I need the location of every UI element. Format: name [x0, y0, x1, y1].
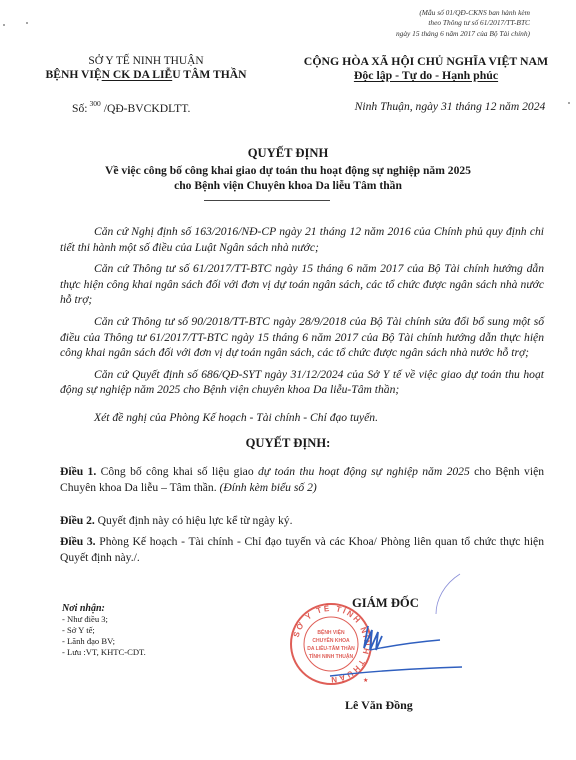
- article-label: Điều 3.: [60, 535, 96, 548]
- recipients-label: Nơi nhận:: [62, 603, 146, 614]
- article-text: Quyết định này có hiệu lực kể từ ngày ký…: [95, 514, 293, 527]
- hospital-name-part: BỆNH VIỆ: [45, 68, 101, 81]
- department-name: SỞ Y TẾ NINH THUẬN: [36, 54, 256, 68]
- scan-speck: [3, 24, 5, 26]
- national-header: CỘNG HÒA XÃ HỘI CHỦ NGHĨA VIỆT NAM Độc l…: [276, 54, 576, 82]
- place-date: Ninh Thuận, ngày 31 tháng 12 năm 2024: [300, 100, 576, 113]
- article-1: Điều 1. Công bố công khai số liệu giao d…: [60, 464, 544, 495]
- recipient-item: - Như điều 3;: [62, 614, 146, 625]
- article-label: Điều 1.: [60, 465, 96, 478]
- document-subject: Về việc công bố công khai giao dự toán t…: [0, 163, 576, 193]
- attachment-note: (Đính kèm biểu số 2): [220, 481, 317, 494]
- recipients: Nơi nhận: - Như điều 3; - Sở Y tế; - Lãn…: [62, 603, 146, 658]
- number-value: 300: [89, 99, 100, 108]
- document-title: QUYẾT ĐỊNH: [0, 146, 576, 161]
- decision-heading: QUYẾT ĐỊNH:: [0, 436, 576, 451]
- motto: Độc lập - Tự do - Hạnh phúc: [276, 68, 576, 82]
- hospital-name-part: U TÂM THẦN: [172, 68, 246, 81]
- signer-position: GIÁM ĐỐC: [352, 596, 419, 611]
- motto-text: Độc lập - Tự do - Hạnh phúc: [354, 68, 498, 82]
- nation-title: CỘNG HÒA XÃ HỘI CHỦ NGHĨA VIỆT NAM: [276, 54, 576, 68]
- signer-name: Lê Văn Đồng: [345, 698, 413, 713]
- scan-speck: [26, 22, 28, 24]
- subject-line: cho Bệnh viện Chuyên khoa Da liễu Tâm th…: [0, 178, 576, 193]
- article-text: Công bố công khai số liệu giao: [96, 465, 258, 478]
- template-note-line: (Mẫu số 01/QĐ-CKNS ban hành kèm: [396, 8, 530, 18]
- template-note-line: theo Thông tư số 61/2017/TT-BTC: [396, 18, 530, 28]
- hospital-name: BỆNH VIỆN CK DA LIỄU TÂM THẦN: [36, 68, 256, 82]
- template-note: (Mẫu số 01/QĐ-CKNS ban hành kèm theo Thô…: [396, 8, 530, 39]
- issuing-authority: SỞ Y TẾ NINH THUẬN BỆNH VIỆN CK DA LIỄU …: [36, 54, 256, 82]
- recipient-item: - Sở Y tế;: [62, 625, 146, 636]
- legal-basis: Căn cứ Thông tư số 61/2017/TT-BTC ngày 1…: [60, 261, 544, 308]
- article-2: Điều 2. Quyết định này có hiệu lực kể từ…: [60, 513, 544, 529]
- article-text: Phòng Kế hoạch - Tài chính - Chỉ đạo tuy…: [60, 535, 544, 564]
- article-text-italic: dự toán thu hoạt động sự nghiệp năm 2025: [258, 465, 470, 478]
- proposal-line: Xét đề nghị của Phòng Kế hoạch - Tài chí…: [94, 411, 378, 424]
- recipient-item: - Lãnh đạo BV;: [62, 636, 146, 647]
- signature-mark: [320, 570, 480, 690]
- recipient-item: - Lưu :VT, KHTC-CDT.: [62, 647, 146, 658]
- number-suffix: /QĐ-BVCKDLTT.: [104, 102, 191, 115]
- legal-basis: Căn cứ Quyết định số 686/QĐ-SYT ngày 31/…: [60, 367, 544, 398]
- hospital-name-underlined: N CK DA LIỄ: [102, 68, 173, 81]
- article-3: Điều 3. Phòng Kế hoạch - Tài chính - Chỉ…: [60, 534, 544, 565]
- legal-bases: Căn cứ Nghị định số 163/2016/NĐ-CP ngày …: [60, 224, 544, 404]
- legal-basis: Căn cứ Thông tư số 90/2018/TT-BTC ngày 2…: [60, 314, 544, 361]
- article-label: Điều 2.: [60, 514, 95, 527]
- document-number: Số:300/QĐ-BVCKDLTT.: [72, 99, 190, 115]
- subject-divider: [204, 200, 330, 201]
- subject-line: Về việc công bố công khai giao dự toán t…: [0, 163, 576, 178]
- template-note-line: ngày 15 tháng 6 năm 2017 của Bộ Tài chín…: [396, 29, 530, 39]
- number-label: Số:: [72, 102, 87, 115]
- legal-basis: Căn cứ Nghị định số 163/2016/NĐ-CP ngày …: [60, 224, 544, 255]
